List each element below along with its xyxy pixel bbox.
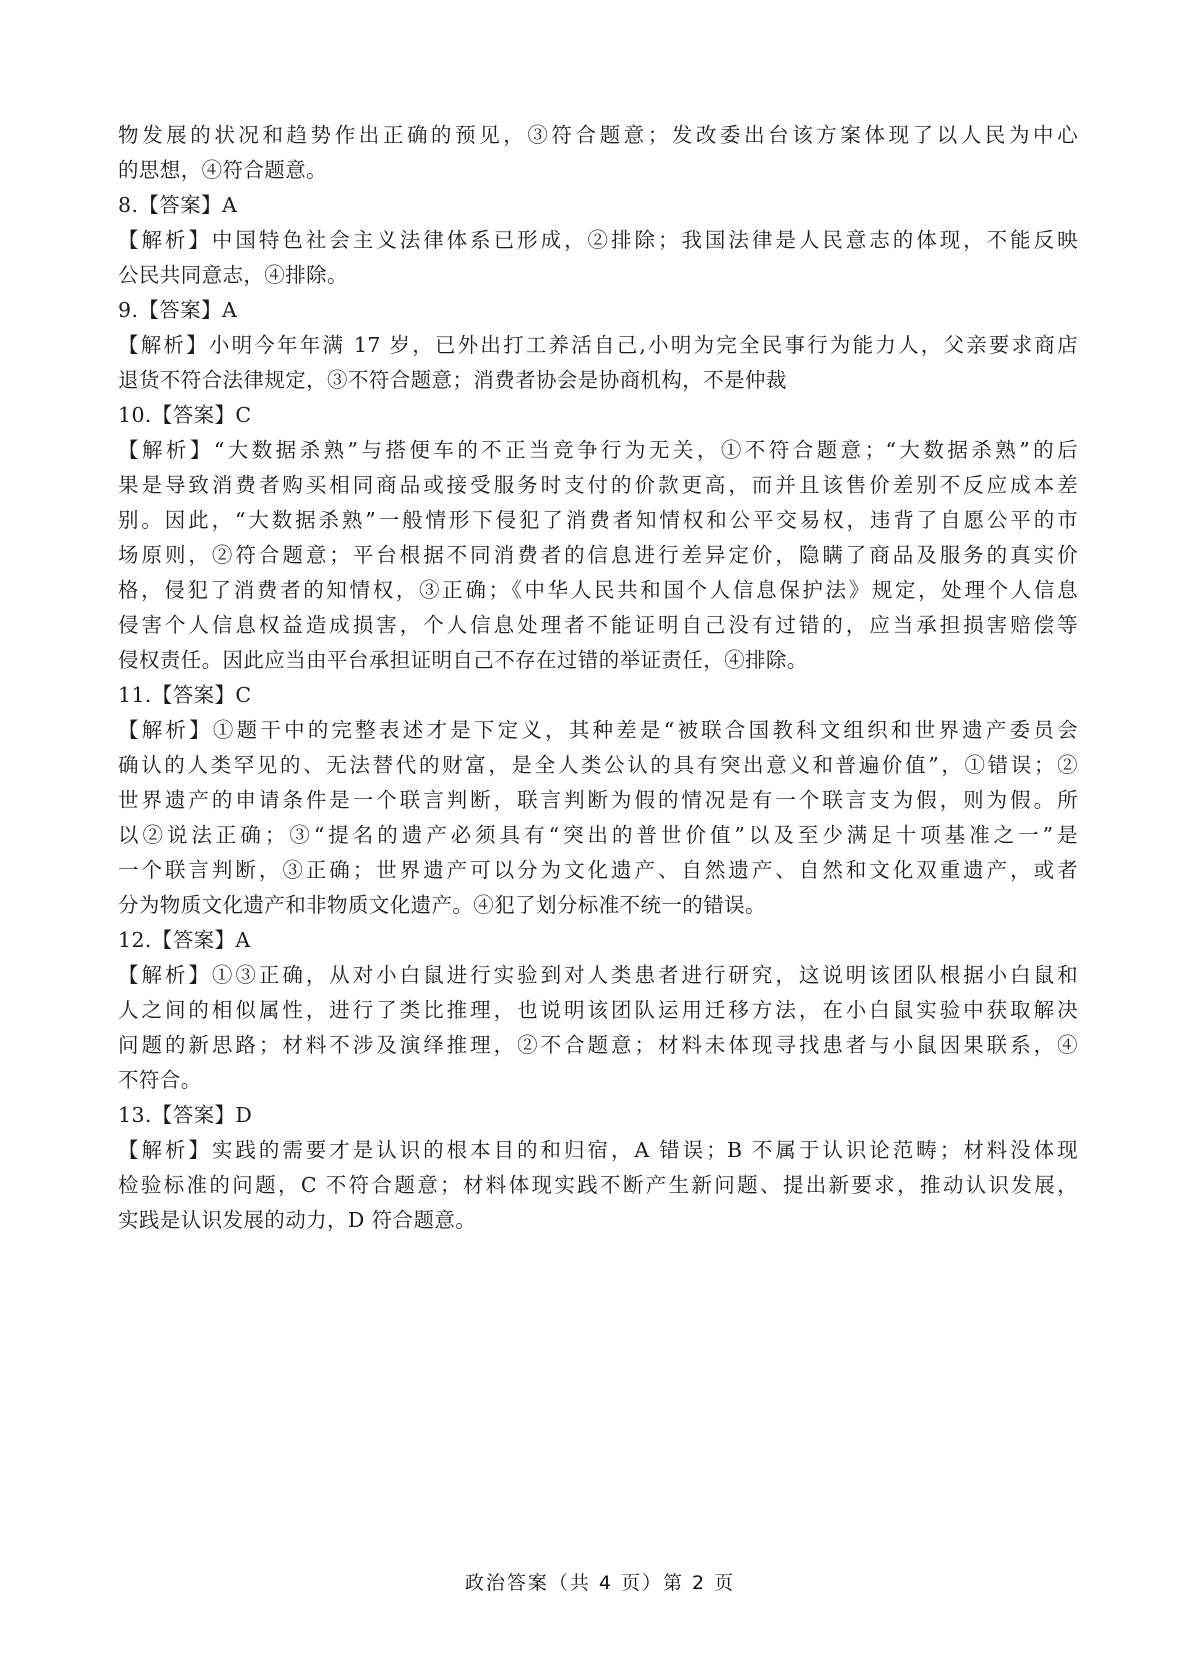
analysis-line: 【解析】中国特色社会主义法律体系已形成，②排除；我国法律是人民意志的体现，不能反… (118, 223, 1078, 258)
analysis-line: 侵权责任。因此应当由平台承担证明自己不存在过错的举证责任，④排除。 (118, 643, 1078, 678)
continuation-block: 物发展的状况和趋势作出正确的预见，③符合题意；发改委出台该方案体现了以人民为中心… (118, 118, 1078, 188)
page-footer: 政治答案（共 4 页）第 2 页 (0, 1568, 1200, 1595)
analysis-line: 公民共同意志，④排除。 (118, 258, 1078, 293)
analysis-line: 场原则，②符合题意；平台根据不同消费者的信息进行差异定价，隐瞒了商品及服务的真实… (118, 538, 1078, 573)
analysis-line: 别。因此，“大数据杀熟”一般情形下侵犯了消费者知情权和公平交易权，违背了自愿公平… (118, 503, 1078, 538)
text-line: 的思想，④符合题意。 (118, 153, 1078, 188)
answer-heading: 9.【答案】A (118, 293, 1078, 328)
analysis-line: 退货不符合法律规定，③不符合题意；消费者协会是协商机构，不是仲裁 (118, 363, 1078, 398)
analysis-line: 人之间的相似属性，进行了类比推理，也说明该团队运用迁移方法，在小白鼠实验中获取解… (118, 993, 1078, 1028)
analysis-line: 世界遗产的申请条件是一个联言判断，联言判断为假的情况是有一个联言支为假，则为假。… (118, 783, 1078, 818)
analysis-line: 分为物质文化遗产和非物质文化遗产。④犯了划分标准不统一的错误。 (118, 888, 1078, 923)
analysis-line: 确认的人类罕见的、无法替代的财富，是全人类公认的具有突出意义和普遍价值”，①错误… (118, 748, 1078, 783)
analysis-line: 不符合。 (118, 1063, 1078, 1098)
analysis-line: 实践是认识发展的动力，D 符合题意。 (118, 1203, 1078, 1238)
document-page: 物发展的状况和趋势作出正确的预见，③符合题意；发改委出台该方案体现了以人民为中心… (118, 118, 1078, 1238)
analysis-line: 【解析】实践的需要才是认识的根本目的和归宿，A 错误；B 不属于认识论范畴；材料… (118, 1133, 1078, 1168)
analysis-line: 果是导致消费者购买相同商品或接受服务时支付的价款更高，而并且该售价差别不反应成本… (118, 468, 1078, 503)
analysis-line: 以②说法正确；③“提名的遗产必须具有“突出的普世价值”以及至少满足十项基准之一”… (118, 818, 1078, 853)
answer-heading: 8.【答案】A (118, 188, 1078, 223)
analysis-line: 【解析】①题干中的完整表述才是下定义，其种差是“被联合国教科文组织和世界遗产委员… (118, 713, 1078, 748)
analysis-line: 检验标准的问题，C 不符合题意；材料体现实践不断产生新问题、提出新要求，推动认识… (118, 1168, 1078, 1203)
answer-heading: 12.【答案】A (118, 923, 1078, 958)
answer-block-8: 8.【答案】A 【解析】中国特色社会主义法律体系已形成，②排除；我国法律是人民意… (118, 188, 1078, 293)
analysis-line: 【解析】“大数据杀熟”与搭便车的不正当竞争行为无关，①不符合题意；“大数据杀熟”… (118, 433, 1078, 468)
answer-block-13: 13.【答案】D 【解析】实践的需要才是认识的根本目的和归宿，A 错误；B 不属… (118, 1098, 1078, 1238)
answer-heading: 13.【答案】D (118, 1098, 1078, 1133)
analysis-line: 格，侵犯了消费者的知情权，③正确；《中华人民共和国个人信息保护法》规定，处理个人… (118, 573, 1078, 608)
answer-heading: 11.【答案】C (118, 678, 1078, 713)
analysis-line: 问题的新思路；材料不涉及演绎推理，②不合题意；材料未体现寻找患者与小鼠因果联系，… (118, 1028, 1078, 1063)
analysis-line: 【解析】①③正确，从对小白鼠进行实验到对人类患者进行研究，这说明该团队根据小白鼠… (118, 958, 1078, 993)
text-line: 物发展的状况和趋势作出正确的预见，③符合题意；发改委出台该方案体现了以人民为中心 (118, 118, 1078, 153)
answer-block-9: 9.【答案】A 【解析】小明今年年满 17 岁，已外出打工养活自己,小明为完全民… (118, 293, 1078, 398)
answer-heading: 10.【答案】C (118, 398, 1078, 433)
analysis-line: 【解析】小明今年年满 17 岁，已外出打工养活自己,小明为完全民事行为能力人，父… (118, 328, 1078, 363)
analysis-line: 一个联言判断，③正确；世界遗产可以分为文化遗产、自然遗产、自然和文化双重遗产，或… (118, 853, 1078, 888)
answer-block-12: 12.【答案】A 【解析】①③正确，从对小白鼠进行实验到对人类患者进行研究，这说… (118, 923, 1078, 1098)
analysis-line: 侵害个人信息权益造成损害，个人信息处理者不能证明自己没有过错的，应当承担损害赔偿… (118, 608, 1078, 643)
answer-block-11: 11.【答案】C 【解析】①题干中的完整表述才是下定义，其种差是“被联合国教科文… (118, 678, 1078, 923)
answer-block-10: 10.【答案】C 【解析】“大数据杀熟”与搭便车的不正当竞争行为无关，①不符合题… (118, 398, 1078, 678)
